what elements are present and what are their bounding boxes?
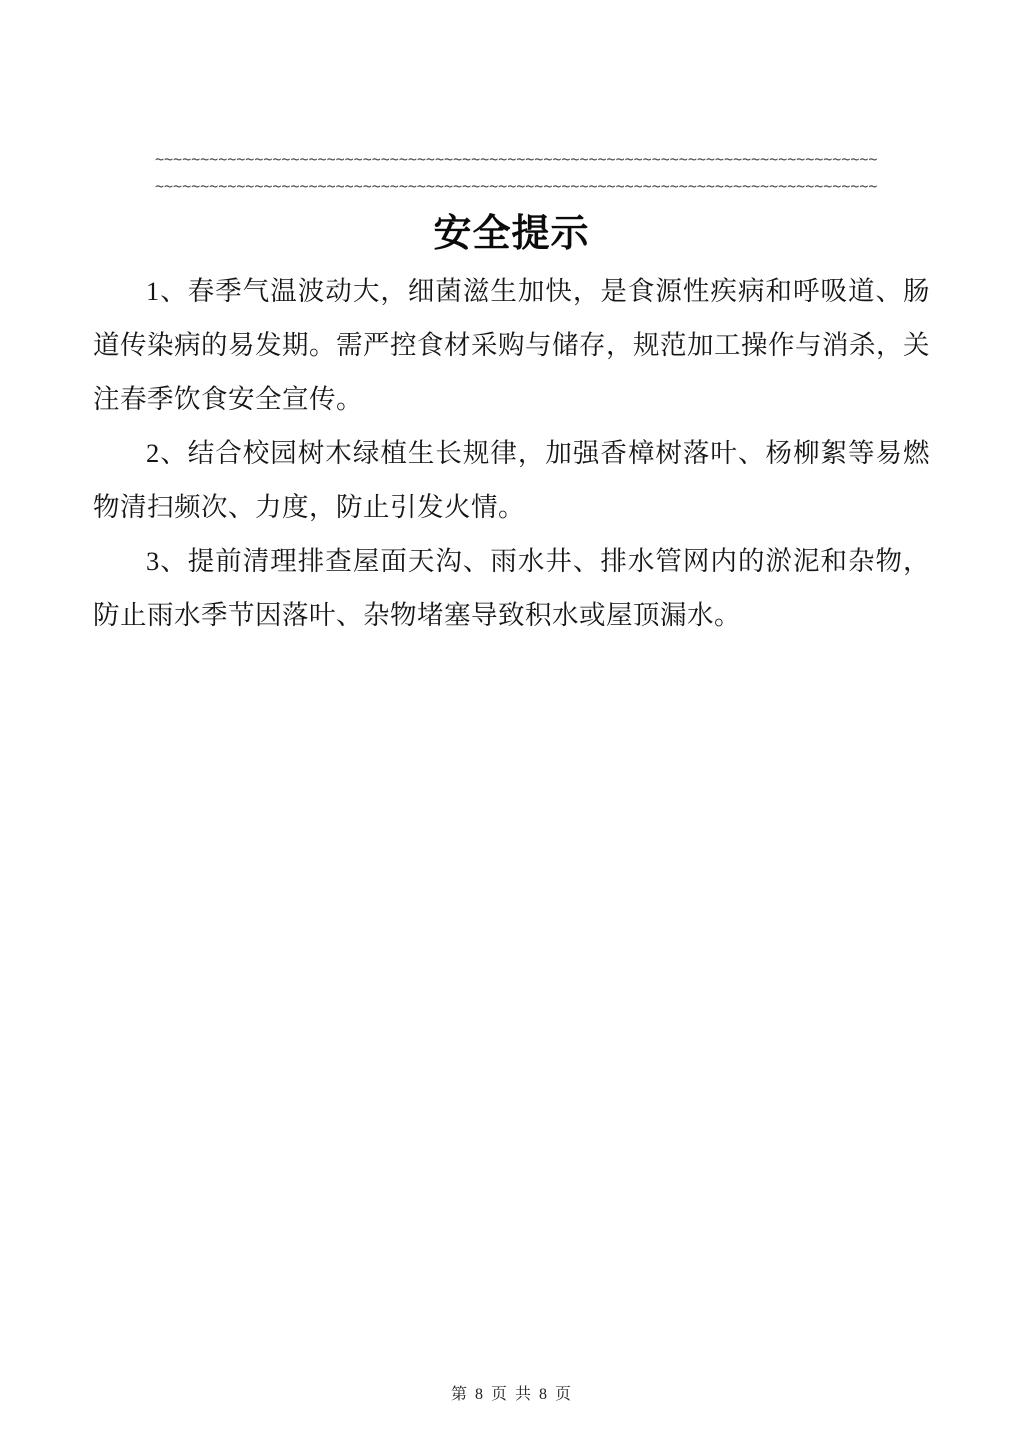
paragraph-1: 1、春季气温波动大，细菌滋生加快，是食源性疾病和呼吸道、肠道传染病的易发期。需严… [93, 264, 930, 426]
paragraph-2: 2、结合校园树木绿植生长规律，加强香樟树落叶、杨柳絮等易燃物清扫频次、力度，防止… [93, 426, 930, 534]
wavy-line-bottom: ~~~~~~~~~~~~~~~~~~~~~~~~~~~~~~~~~~~~~~~~… [155, 173, 881, 200]
document-page: ~~~~~~~~~~~~~~~~~~~~~~~~~~~~~~~~~~~~~~~~… [0, 0, 1024, 1448]
page-title: 安全提示 [93, 210, 930, 258]
wavy-line-top: ~~~~~~~~~~~~~~~~~~~~~~~~~~~~~~~~~~~~~~~~… [155, 146, 881, 173]
page-number-label: 第 8 页 共 8 页 [0, 1381, 1024, 1404]
document-content: ~~~~~~~~~~~~~~~~~~~~~~~~~~~~~~~~~~~~~~~~… [0, 0, 1024, 642]
paragraph-3: 3、提前清理排查屋面天沟、雨水井、排水管网内的淤泥和杂物，防止雨水季节因落叶、杂… [93, 534, 930, 642]
wavy-separator-block: ~~~~~~~~~~~~~~~~~~~~~~~~~~~~~~~~~~~~~~~~… [93, 146, 930, 200]
document-body: 1、春季气温波动大，细菌滋生加快，是食源性疾病和呼吸道、肠道传染病的易发期。需严… [93, 264, 930, 642]
